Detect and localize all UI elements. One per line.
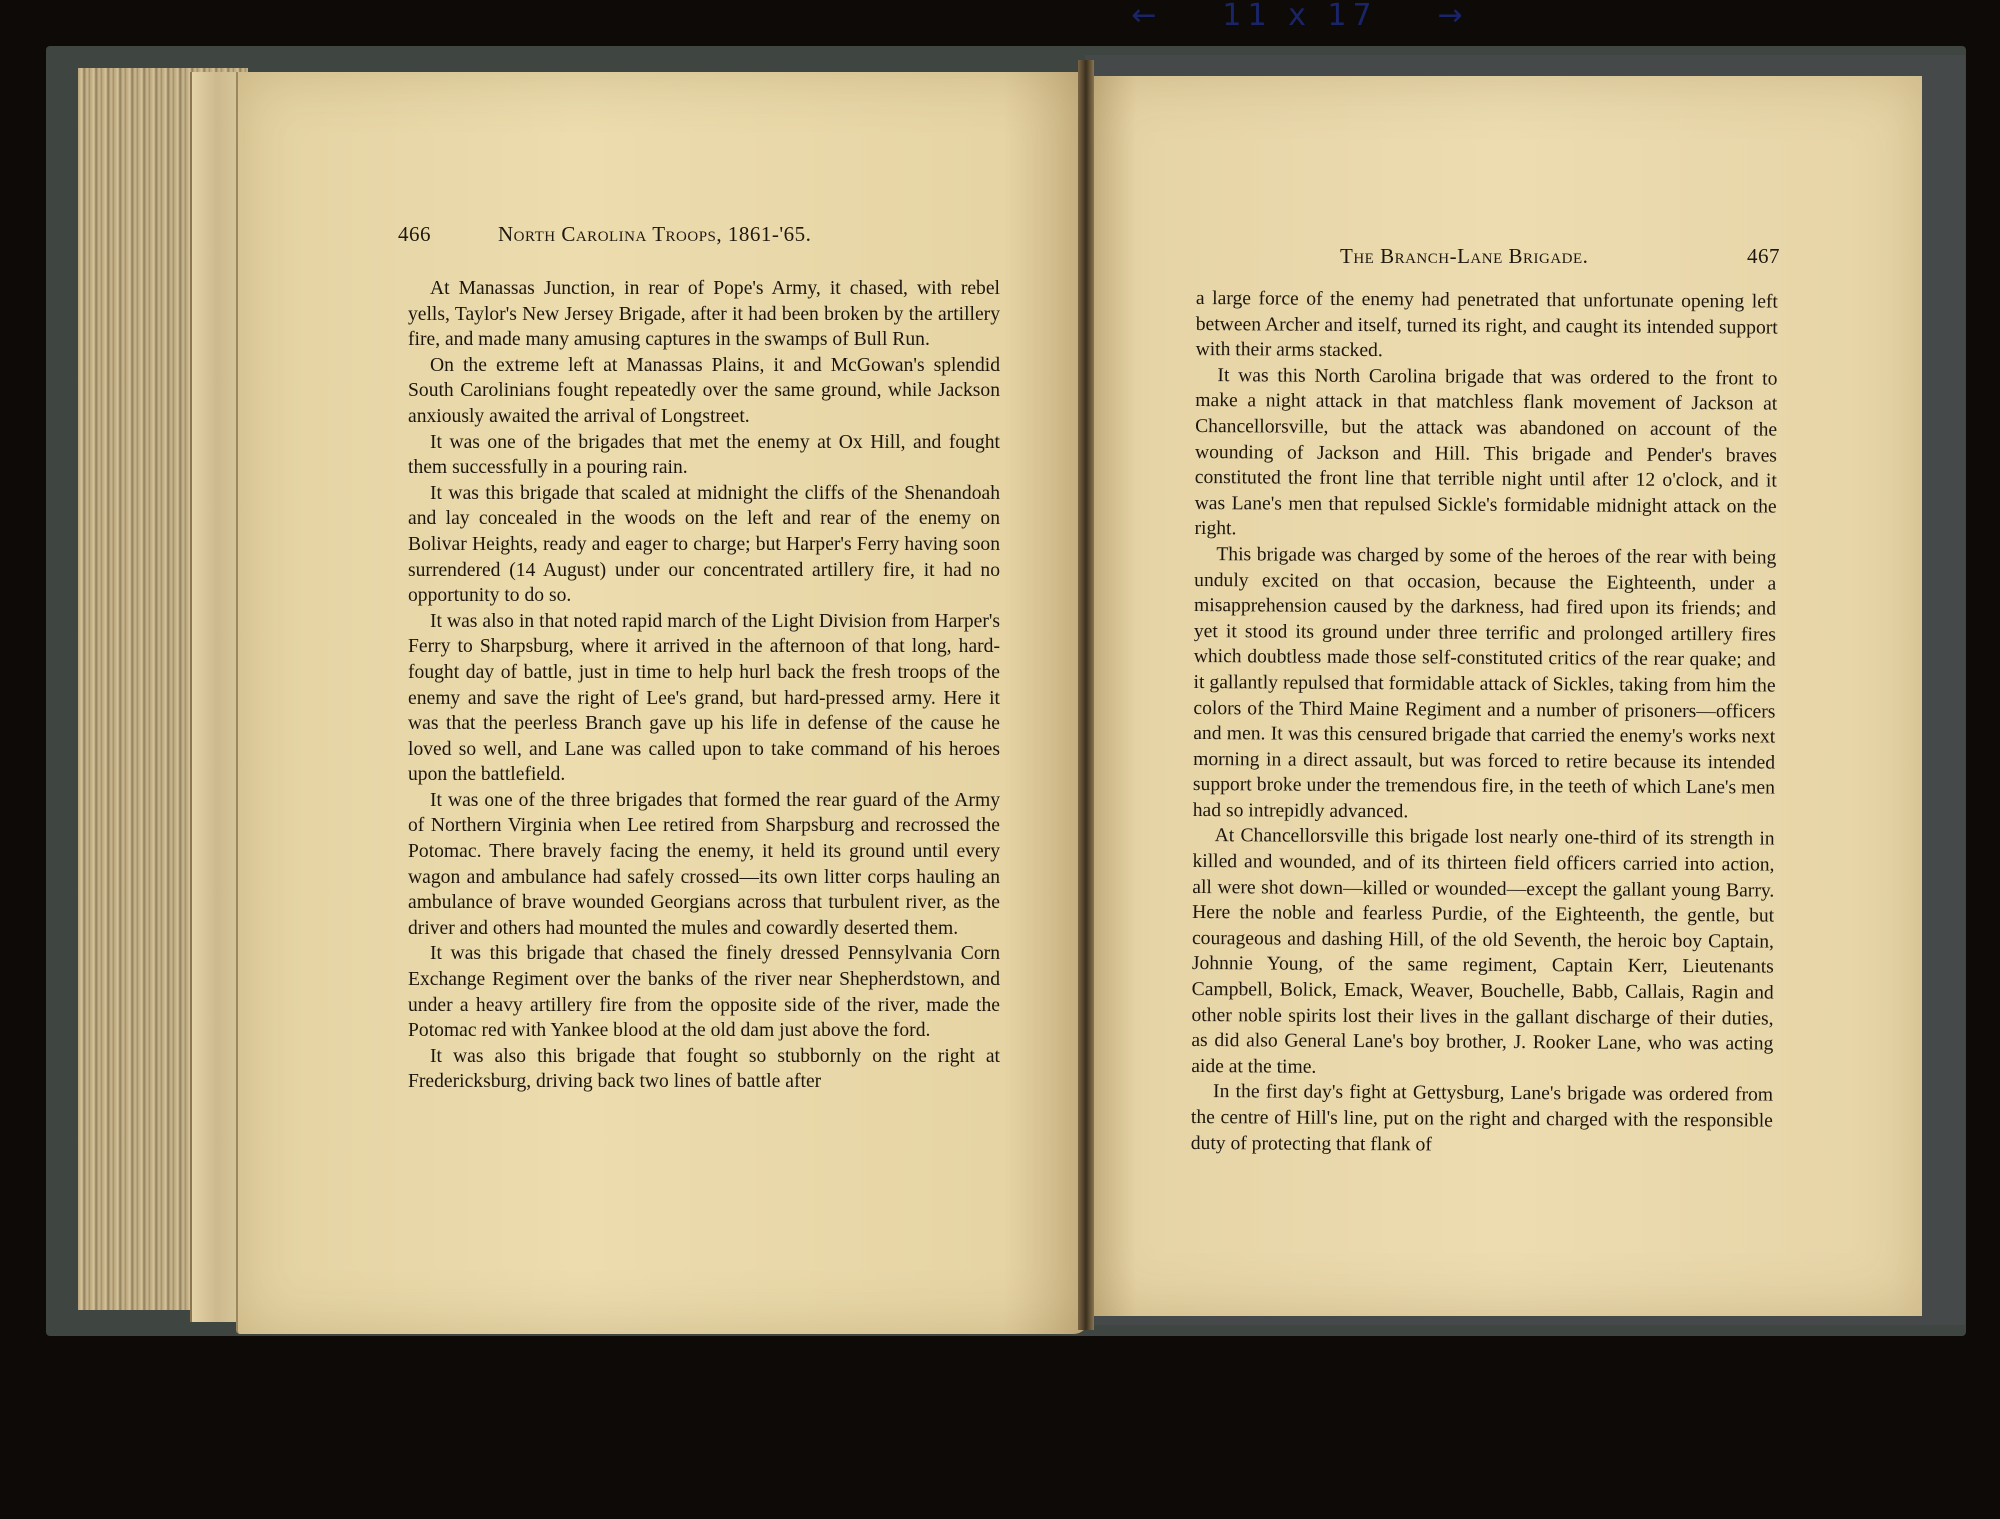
paragraph: It was also this brigade that fought so … bbox=[408, 1044, 1000, 1095]
paragraph: In the first day's fight at Gettysburg, … bbox=[1191, 1079, 1773, 1159]
paragraph: It was also in that noted rapid march of… bbox=[408, 609, 1000, 788]
arrow-right-icon: → bbox=[1438, 0, 1469, 33]
left-page-body: At Manassas Junction, in rear of Pope's … bbox=[408, 276, 1000, 1095]
paragraph: It was one of the brigades that met the … bbox=[408, 430, 1000, 481]
paragraph: It was this North Carolina brigade that … bbox=[1194, 363, 1777, 546]
right-page-number: 467 bbox=[1747, 244, 1780, 269]
arrow-left-icon: ← bbox=[1131, 0, 1162, 33]
left-running-header: 466 North Carolina Troops, 1861-'65. bbox=[398, 222, 998, 247]
left-page-number: 466 bbox=[398, 222, 498, 247]
scan-size-marker: ← 11 x 17 → bbox=[1000, 0, 1600, 30]
right-page-body: a large force of the enemy had penetrate… bbox=[1191, 286, 1778, 1160]
right-running-header: The Branch-Lane Brigade. 467 bbox=[1340, 244, 1780, 269]
paragraph: It was this brigade that scaled at midni… bbox=[408, 481, 1000, 609]
paragraph: At Chancellorsville this brigade lost ne… bbox=[1191, 823, 1775, 1082]
book-gutter bbox=[1078, 60, 1094, 1330]
right-running-title: The Branch-Lane Brigade. bbox=[1340, 244, 1588, 269]
paragraph: This brigade was charged by some of the … bbox=[1193, 542, 1777, 827]
paragraph: At Manassas Junction, in rear of Pope's … bbox=[408, 276, 1000, 353]
paragraph: It was one of the three brigades that fo… bbox=[408, 788, 1000, 942]
scan-size-label: 11 x 17 bbox=[1222, 0, 1377, 33]
page-fore-edge bbox=[190, 72, 242, 1322]
paragraph: It was this brigade that chased the fine… bbox=[408, 941, 1000, 1043]
paragraph-continued: a large force of the enemy had penetrate… bbox=[1196, 286, 1778, 366]
left-running-title: North Carolina Troops, 1861-'65. bbox=[498, 222, 811, 247]
paragraph: On the extreme left at Manassas Plains, … bbox=[408, 353, 1000, 430]
